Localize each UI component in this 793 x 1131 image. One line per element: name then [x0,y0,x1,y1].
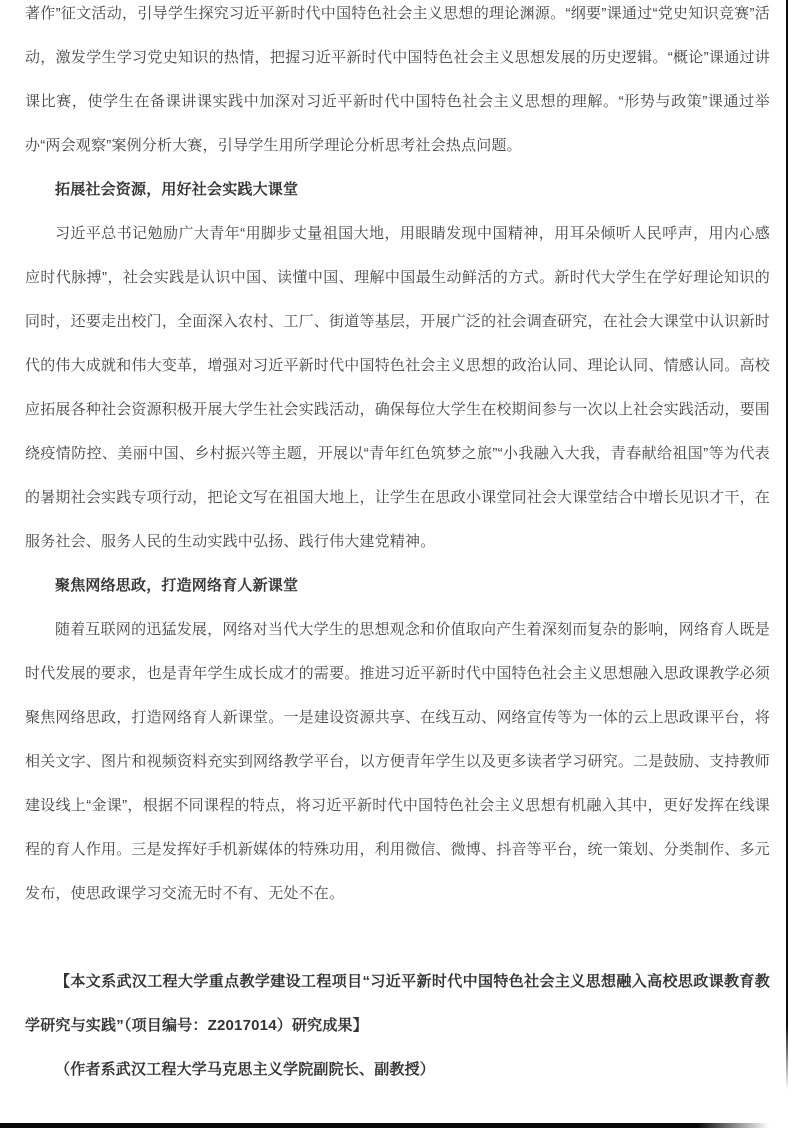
paragraph-intro-continuation: 著作”征文活动，引导学生探究习近平新时代中国特色社会主义思想的理论渊源。“纲要”… [25,0,770,168]
footnote-project: 【本文系武汉工程大学重点教学建设工程项目“习近平新时代中国特色社会主义思想融入高… [25,960,770,1048]
footnote-author: （作者系武汉工程大学马克思主义学院副院长、副教授） [25,1048,770,1092]
section-heading-online-education: 聚焦网络思政，打造网络育人新课堂 [25,564,770,608]
section-heading-social-practice: 拓展社会资源，用好社会实践大课堂 [25,168,770,212]
section-body-social-practice: 习近平总书记勉励广大青年“用脚步丈量祖国大地，用眼睛发现中国精神，用耳朵倾听人民… [25,212,770,564]
article-page: 著作”征文活动，引导学生探究习近平新时代中国特色社会主义思想的理论渊源。“纲要”… [25,0,770,1092]
section-body-online-education: 随着互联网的迅猛发展，网络对当代大学生的思想观念和价值取向产生着深刻而复杂的影响… [25,608,770,916]
vertical-scrollbar[interactable] [786,0,788,1090]
horizontal-scrollbar-thumb[interactable] [0,1123,793,1128]
